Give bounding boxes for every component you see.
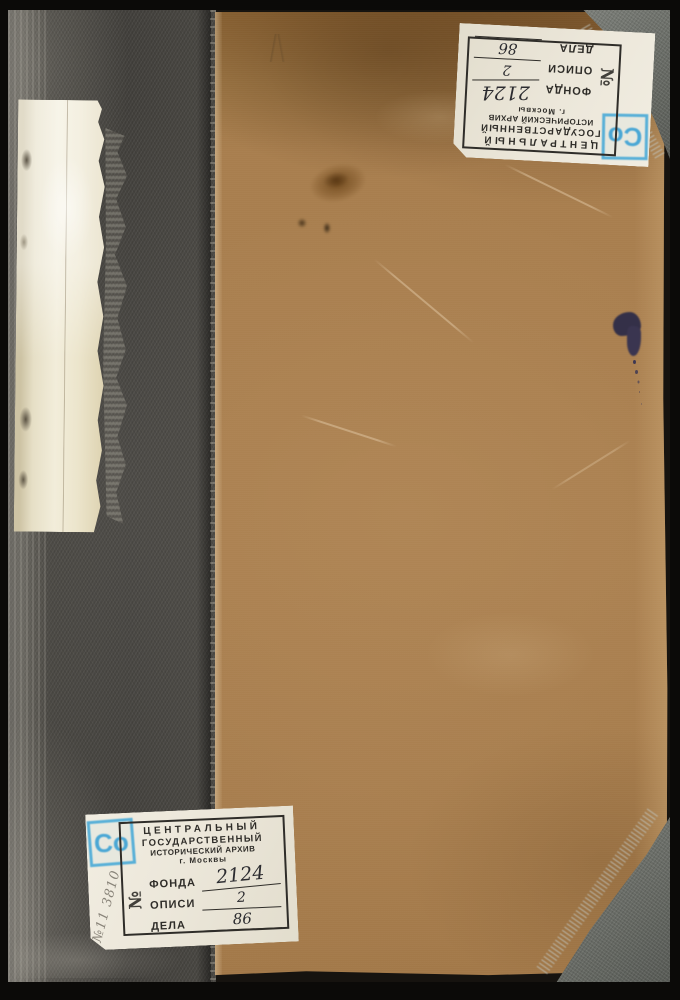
dark-spot: [323, 222, 331, 234]
label-rows: № ФОНДА 2124 ОПИСИ 2 ДЕЛА 86: [469, 36, 594, 105]
tape-strip: [14, 100, 109, 533]
tape-residue: [103, 128, 127, 524]
label-rows: № ФОНДА 2124 ОПИСИ 2 ДЕЛА 86: [149, 865, 286, 934]
ink-blot-tail: [627, 326, 641, 356]
fond-value-handwritten: 2124: [472, 80, 539, 99]
scuff-patch: [425, 612, 595, 697]
fond-label: ФОНДА: [539, 81, 592, 97]
scratch-mark: [552, 440, 631, 490]
book: Со ЦЕНТРАЛЬНЫЙ ГОСУДАРСТВЕННЫЙ ИСТОРИЧЕС…: [8, 10, 670, 982]
delo-label: ДЕЛА: [541, 39, 594, 55]
scratch-mark: [301, 415, 397, 447]
scratch-mark: [374, 258, 475, 343]
photo-background: Со ЦЕНТРАЛЬНЫЙ ГОСУДАРСТВЕННЫЙ ИСТОРИЧЕС…: [0, 0, 680, 1000]
opis-value-handwritten: 2: [202, 888, 282, 910]
number-sign-stamp: №: [595, 67, 616, 88]
ink-blot: [613, 312, 645, 356]
ink-blot-drips: [633, 360, 636, 364]
opis-value-handwritten: 2: [473, 57, 541, 79]
number-sign-stamp: №: [125, 889, 146, 910]
delo-label: ДЕЛА: [151, 918, 204, 933]
archive-label-top-right: Со ЦЕНТРАЛЬНЫЙ ГОСУДАРСТВЕННЫЙ ИСТОРИЧЕС…: [453, 23, 656, 167]
label-frame: ЦЕНТРАЛЬНЫЙ ГОСУДАРСТВЕННЫЙ ИСТОРИЧЕСКИЙ…: [462, 36, 622, 156]
opis-label: ОПИСИ: [540, 60, 593, 76]
label-frame: ЦЕНТРАЛЬНЫЙ ГОСУДАРСТВЕННЫЙ ИСТОРИЧЕСКИЙ…: [118, 815, 289, 936]
fond-label: ФОНДА: [149, 876, 202, 891]
delo-value-handwritten: 86: [203, 909, 283, 931]
scratch-mark: [505, 164, 614, 218]
faint-pencil-scribble: [249, 34, 299, 62]
delo-value-handwritten: 86: [474, 36, 542, 58]
dark-spot: [297, 218, 307, 228]
opis-label: ОПИСИ: [150, 897, 203, 912]
